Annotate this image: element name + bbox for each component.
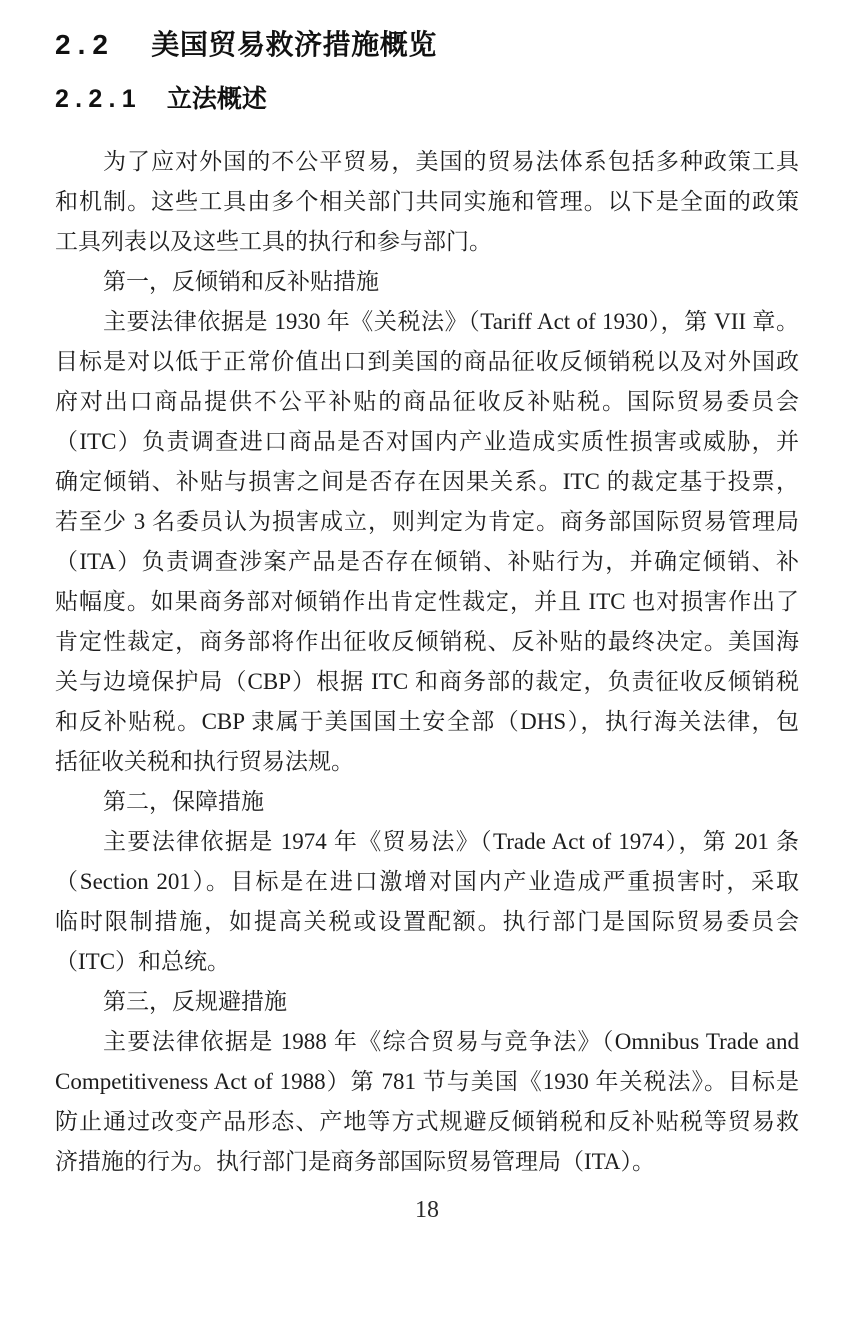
text-line: 若至少 3 名委员认为损害成立，则判定为肯定。商务部国际贸易管理局 <box>55 502 799 542</box>
text-line: 主要法律依据是 1974 年《贸易法》（Trade Act of 1974），第… <box>55 822 799 862</box>
text-line: 第一，反倾销和反补贴措施 <box>55 262 799 302</box>
text-line: 肯定性裁定，商务部将作出征收反倾销税、反补贴的最终决定。美国海 <box>55 622 799 662</box>
text-line: 府对出口商品提供不公平补贴的商品征收反补贴税。国际贸易委员会 <box>55 382 799 422</box>
text-line: 为了应对外国的不公平贸易，美国的贸易法体系包括多种政策工具 <box>55 142 799 182</box>
text-line: 主要法律依据是 1930 年《关税法》（Tariff Act of 1930），… <box>55 302 799 342</box>
text-line: 关与边境保护局（CBP）根据 ITC 和商务部的裁定，负责征收反倾销税 <box>55 662 799 702</box>
text-line: （Section 201）。目标是在进口激增对国内产业造成严重损害时，采取 <box>55 862 799 902</box>
text-line: 括征收关税和执行贸易法规。 <box>55 742 799 782</box>
text-line: 第二，保障措施 <box>55 782 799 822</box>
text-line: 和反补贴税。CBP 隶属于美国国土安全部（DHS），执行海关法律，包 <box>55 702 799 742</box>
subsection-number: 2.2.1 <box>55 85 142 113</box>
document-page: 2.2 美国贸易救济措施概览 2.2.1 立法概述 为了应对外国的不公平贸易，美… <box>0 0 858 1336</box>
text-line: Competitiveness Act of 1988）第 781 节与美国《1… <box>55 1062 799 1102</box>
text-line: 第三，反规避措施 <box>55 982 799 1022</box>
text-line: 主要法律依据是 1988 年《综合贸易与竞争法》（Omnibus Trade a… <box>55 1022 799 1062</box>
section-title: 美国贸易救济措施概览 <box>151 29 437 60</box>
body-text: 为了应对外国的不公平贸易，美国的贸易法体系包括多种政策工具 和机制。这些工具由多… <box>55 142 799 1182</box>
subsection-title: 立法概述 <box>167 85 267 113</box>
subsection-heading: 2.2.1 立法概述 <box>55 82 799 116</box>
text-line: 济措施的行为。执行部门是商务部国际贸易管理局（ITA）。 <box>55 1142 799 1182</box>
section-number: 2.2 <box>55 29 115 60</box>
text-line: 确定倾销、补贴与损害之间是否存在因果关系。ITC 的裁定基于投票， <box>55 462 799 502</box>
section-heading: 2.2 美国贸易救济措施概览 <box>55 26 799 64</box>
text-line: （ITC）和总统。 <box>55 942 799 982</box>
text-line: （ITC）负责调查进口商品是否对国内产业造成实质性损害或威胁，并 <box>55 422 799 462</box>
text-line: （ITA）负责调查涉案产品是否存在倾销、补贴行为，并确定倾销、补 <box>55 542 799 582</box>
text-line: 目标是对以低于正常价值出口到美国的商品征收反倾销税以及对外国政 <box>55 342 799 382</box>
text-line: 和机制。这些工具由多个相关部门共同实施和管理。以下是全面的政策 <box>55 182 799 222</box>
text-line: 贴幅度。如果商务部对倾销作出肯定性裁定，并且 ITC 也对损害作出了 <box>55 582 799 622</box>
text-line: 工具列表以及这些工具的执行和参与部门。 <box>55 222 799 262</box>
text-line: 临时限制措施，如提高关税或设置配额。执行部门是国际贸易委员会 <box>55 902 799 942</box>
text-line: 防止通过改变产品形态、产地等方式规避反倾销税和反补贴税等贸易救 <box>55 1102 799 1142</box>
page-number: 18 <box>55 1190 799 1230</box>
